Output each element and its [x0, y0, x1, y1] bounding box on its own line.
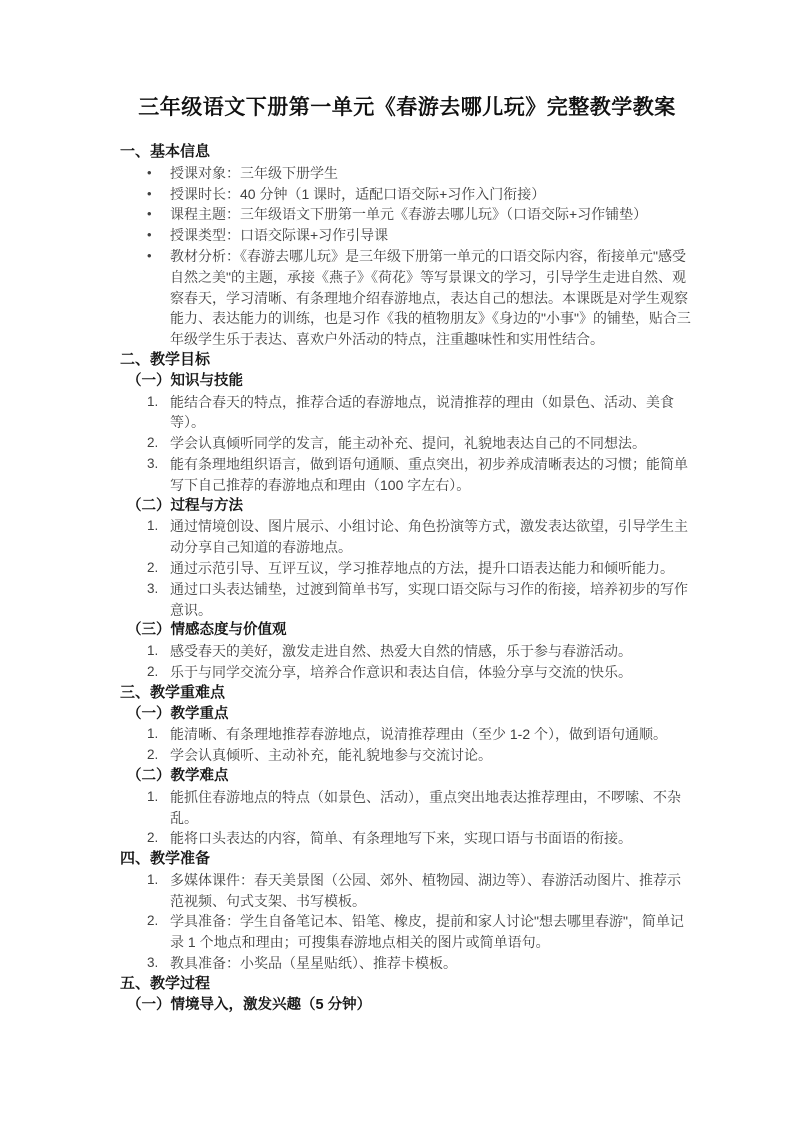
list-item-text: 通过口头表达铺垫，过渡到简单书写，实现口语交际与习作的衔接，培养初步的写作意识。 — [170, 581, 688, 618]
basic-info-list: • 授课对象：三年级下册学生 • 授课时长：40 分钟（1 课时，适配口语交际+… — [120, 163, 694, 350]
item-number: 2. — [147, 662, 158, 683]
list-item: 2. 通过示范引导、互评互议，学习推荐地点的方法，提升口语表达能力和倾听能力。 — [120, 558, 694, 579]
list-item-text: 授课类型：口语交际课+习作引导课 — [170, 227, 388, 243]
heading-teaching-process: 五、教学过程 — [120, 974, 694, 995]
teaching-difficulties-list: 1. 能抓住春游地点的特点（如景色、活动），重点突出地表达推荐理由，不啰嗦、不杂… — [120, 787, 694, 849]
subheading-teaching-key-points: （一）教学重点 — [120, 704, 694, 725]
list-item: 3. 能有条理地组织语言，做到语句通顺、重点突出，初步养成清晰表达的习惯；能简单… — [120, 454, 694, 496]
list-item-text: 授课对象：三年级下册学生 — [170, 165, 338, 181]
list-item: 2. 乐于与同学交流分享，培养合作意识和表达自信，体验分享与交流的快乐。 — [120, 662, 694, 683]
list-item: 3. 教具准备：小奖品（星星贴纸）、推荐卡模板。 — [120, 953, 694, 974]
list-item: 1. 多媒体课件：春天美景图（公园、郊外、植物园、湖边等）、春游活动图片、推荐示… — [120, 870, 694, 912]
teaching-preparation-list: 1. 多媒体课件：春天美景图（公园、郊外、植物园、湖边等）、春游活动图片、推荐示… — [120, 870, 694, 974]
affective-values-list: 1. 感受春天的美好，激发走进自然、热爱大自然的情感，乐于参与春游活动。 2. … — [120, 641, 694, 683]
bullet-icon: • — [147, 184, 152, 205]
teaching-key-points-list: 1. 能清晰、有条理地推荐春游地点，说清推荐理由（至少 1-2 个），做到语句通… — [120, 724, 694, 766]
list-item: 1. 通过情境创设、图片展示、小组讨论、角色扮演等方式，激发表达欲望，引导学生主… — [120, 516, 694, 558]
list-item-text: 教材分析：《春游去哪儿玩》是三年级下册第一单元的口语交际内容，衔接单元"感受自然… — [170, 248, 691, 347]
list-item: 2. 学具准备：学生自备笔记本、铅笔、橡皮，提前和家人讨论"想去哪里春游"，简单… — [120, 911, 694, 953]
list-item: • 授课时长：40 分钟（1 课时，适配口语交际+习作入门衔接） — [120, 184, 694, 205]
item-number: 2. — [147, 558, 158, 579]
list-item: 1. 感受春天的美好，激发走进自然、热爱大自然的情感，乐于参与春游活动。 — [120, 641, 694, 662]
list-item-text: 感受春天的美好，激发走进自然、热爱大自然的情感，乐于参与春游活动。 — [170, 643, 632, 659]
list-item: 1. 能结合春天的特点，推荐合适的春游地点，说清推荐的理由（如景色、活动、美食等… — [120, 392, 694, 434]
bullet-icon: • — [147, 163, 152, 184]
list-item-text: 课程主题：三年级语文下册第一单元《春游去哪儿玩》（口语交际+习作铺垫） — [170, 206, 647, 222]
subheading-affective-values: （三）情感态度与价值观 — [120, 620, 694, 641]
list-item: 2. 学会认真倾听同学的发言，能主动补充、提问，礼貌地表达自己的不同想法。 — [120, 433, 694, 454]
list-item-text: 能有条理地组织语言，做到语句通顺、重点突出，初步养成清晰表达的习惯；能简单写下自… — [170, 456, 688, 493]
item-number: 2. — [147, 911, 158, 932]
document-title: 三年级语文下册第一单元《春游去哪儿玩》完整教学教案 — [120, 94, 694, 122]
list-item-text: 能清晰、有条理地推荐春游地点，说清推荐理由（至少 1-2 个），做到语句通顺。 — [170, 726, 667, 742]
subheading-process-methods: （二）过程与方法 — [120, 496, 694, 517]
list-item-text: 能将口头表达的内容，简单、有条理地写下来，实现口语与书面语的衔接。 — [170, 830, 632, 846]
list-item-text: 学具准备：学生自备笔记本、铅笔、橡皮，提前和家人讨论"想去哪里春游"，简单记录 … — [170, 913, 684, 950]
item-number: 1. — [147, 870, 158, 891]
list-item: • 授课类型：口语交际课+习作引导课 — [120, 225, 694, 246]
list-item-text: 能抓住春游地点的特点（如景色、活动），重点突出地表达推荐理由，不啰嗦、不杂乱。 — [170, 789, 681, 826]
list-item: 1. 能抓住春游地点的特点（如景色、活动），重点突出地表达推荐理由，不啰嗦、不杂… — [120, 787, 694, 829]
list-item-text: 授课时长：40 分钟（1 课时，适配口语交际+习作入门衔接） — [170, 186, 545, 202]
list-item-text: 多媒体课件：春天美景图（公园、郊外、植物园、湖边等）、春游活动图片、推荐示范视频… — [170, 872, 681, 909]
item-number: 3. — [147, 454, 158, 475]
subheading-teaching-difficulties: （二）教学难点 — [120, 766, 694, 787]
subheading-situation-introduction: （一）情境导入，激发兴趣（5 分钟） — [120, 995, 694, 1016]
heading-key-difficult-points: 三、教学重难点 — [120, 683, 694, 704]
item-number: 1. — [147, 724, 158, 745]
knowledge-skills-list: 1. 能结合春天的特点，推荐合适的春游地点，说清推荐的理由（如景色、活动、美食等… — [120, 392, 694, 496]
item-number: 1. — [147, 392, 158, 413]
list-item: 1. 能清晰、有条理地推荐春游地点，说清推荐理由（至少 1-2 个），做到语句通… — [120, 724, 694, 745]
list-item: 3. 通过口头表达铺垫，过渡到简单书写，实现口语交际与习作的衔接，培养初步的写作… — [120, 579, 694, 621]
item-number: 1. — [147, 641, 158, 662]
item-number: 1. — [147, 516, 158, 537]
bullet-icon: • — [147, 225, 152, 246]
process-methods-list: 1. 通过情境创设、图片展示、小组讨论、角色扮演等方式，激发表达欲望，引导学生主… — [120, 516, 694, 620]
list-item-text: 能结合春天的特点，推荐合适的春游地点，说清推荐的理由（如景色、活动、美食等）。 — [170, 394, 674, 431]
item-number: 2. — [147, 433, 158, 454]
list-item-text: 乐于与同学交流分享，培养合作意识和表达自信，体验分享与交流的快乐。 — [170, 664, 632, 680]
list-item-text: 学会认真倾听同学的发言，能主动补充、提问，礼貌地表达自己的不同想法。 — [170, 435, 646, 451]
heading-teaching-preparation: 四、教学准备 — [120, 849, 694, 870]
heading-basic-info: 一、基本信息 — [120, 142, 694, 163]
list-item-text: 通过情境创设、图片展示、小组讨论、角色扮演等方式，激发表达欲望，引导学生主动分享… — [170, 518, 688, 555]
list-item: • 授课对象：三年级下册学生 — [120, 163, 694, 184]
item-number: 1. — [147, 787, 158, 808]
list-item-text: 通过示范引导、互评互议，学习推荐地点的方法，提升口语表达能力和倾听能力。 — [170, 560, 674, 576]
item-number: 2. — [147, 828, 158, 849]
list-item: 2. 能将口头表达的内容，简单、有条理地写下来，实现口语与书面语的衔接。 — [120, 828, 694, 849]
item-number: 3. — [147, 579, 158, 600]
document-page: 三年级语文下册第一单元《春游去哪儿玩》完整教学教案 一、基本信息 • 授课对象：… — [0, 0, 794, 1123]
heading-teaching-objectives: 二、教学目标 — [120, 350, 694, 371]
item-number: 3. — [147, 953, 158, 974]
subheading-knowledge-skills: （一）知识与技能 — [120, 371, 694, 392]
list-item: 2. 学会认真倾听、主动补充，能礼貌地参与交流讨论。 — [120, 745, 694, 766]
bullet-icon: • — [147, 204, 152, 225]
list-item: • 课程主题：三年级语文下册第一单元《春游去哪儿玩》（口语交际+习作铺垫） — [120, 204, 694, 225]
list-item-text: 教具准备：小奖品（星星贴纸）、推荐卡模板。 — [170, 955, 457, 971]
list-item: • 教材分析：《春游去哪儿玩》是三年级下册第一单元的口语交际内容，衔接单元"感受… — [120, 246, 694, 350]
item-number: 2. — [147, 745, 158, 766]
list-item-text: 学会认真倾听、主动补充，能礼貌地参与交流讨论。 — [170, 747, 492, 763]
bullet-icon: • — [147, 246, 152, 267]
